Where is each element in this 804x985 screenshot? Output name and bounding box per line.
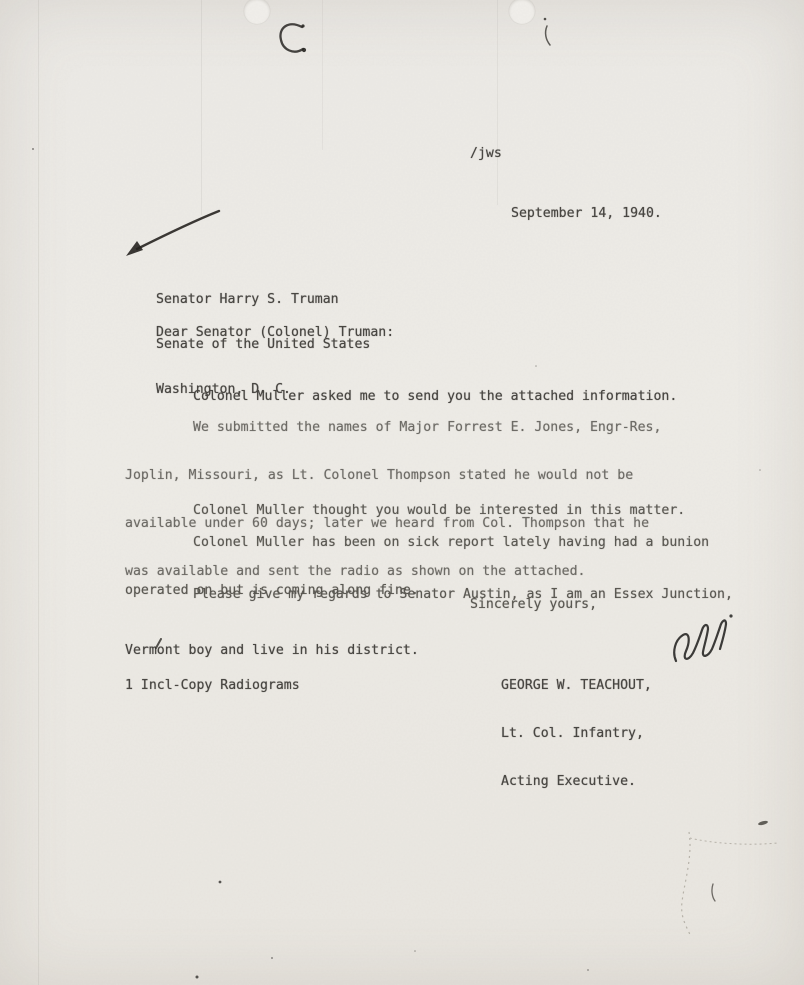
paper-streak — [201, 0, 202, 215]
ink-speck-dash — [712, 884, 715, 901]
recipient-line: Senator Harry S. Truman — [156, 292, 370, 307]
signature-block: GEORGE W. TEACHOUT, Lt. Col. Infantry, A… — [501, 646, 652, 822]
signer-title: Acting Executive. — [501, 774, 652, 790]
body-line: Please give my regards to Senator Austin… — [125, 586, 733, 605]
scanned-letter-page: /jws September 14, 1940. Senator Harry S… — [0, 0, 804, 985]
salutation: Dear Senator (Colonel) Truman: — [156, 325, 394, 341]
paper-streak — [497, 0, 498, 205]
ink-scribble-icon — [280, 24, 306, 52]
body-line: We submitted the names of Major Forrest … — [125, 420, 661, 436]
signer-rank: Lt. Col. Infantry, — [501, 726, 652, 742]
signer-name: GEORGE W. TEACHOUT, — [501, 678, 652, 694]
pencil-scuffs — [682, 832, 778, 937]
pencil-blob — [758, 820, 769, 826]
punch-hole-left — [244, 0, 270, 24]
punch-hole-right — [509, 0, 535, 24]
enclosure-note: 1 Incl-Copy Radiograms — [125, 678, 300, 694]
paper-streak — [322, 0, 323, 150]
paper-fold-line — [38, 0, 39, 985]
ink-mark-icon — [544, 18, 550, 45]
hand-drawn-arrow-icon — [126, 211, 219, 256]
typist-reference: /jws — [470, 146, 502, 162]
closing: Sincerely yours, — [470, 597, 597, 613]
letter-date: September 14, 1940. — [511, 206, 662, 222]
